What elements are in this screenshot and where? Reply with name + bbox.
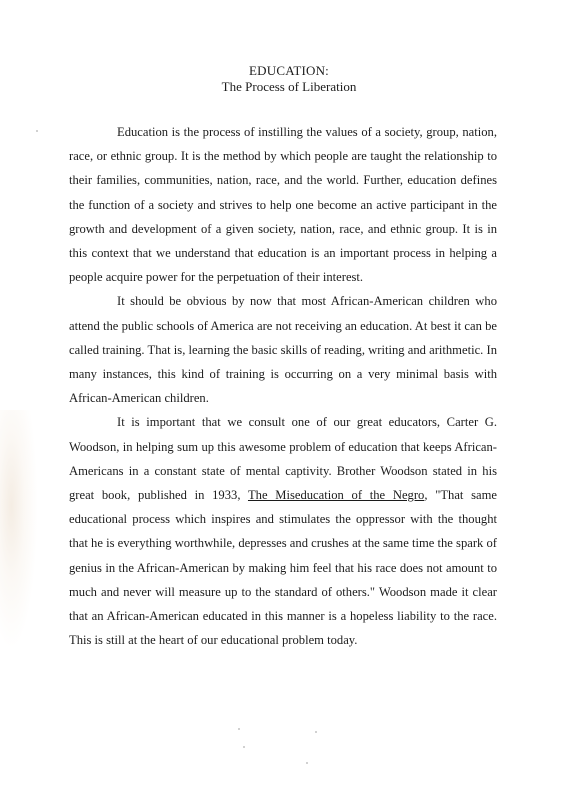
scan-speck (36, 130, 38, 132)
paragraph-1: Education is the process of instilling t… (69, 120, 497, 289)
paragraph-2: It should be obvious by now that most Af… (69, 289, 497, 410)
paragraph-3: It is important that we consult one of o… (69, 410, 497, 652)
document-body: Education is the process of instilling t… (69, 120, 497, 652)
title-subheading: The Process of Liberation (0, 79, 578, 95)
paragraph-text: , "That same educational process which i… (69, 488, 497, 647)
document-title: EDUCATION: The Process of Liberation (0, 63, 578, 95)
title-heading: EDUCATION: (0, 63, 578, 79)
scan-speck (306, 762, 308, 764)
scan-smudge (0, 410, 38, 650)
scan-speck (243, 746, 245, 748)
book-title: The Miseducation of the Negro (248, 488, 424, 502)
scanned-page: EDUCATION: The Process of Liberation Edu… (0, 0, 578, 801)
scan-speck (315, 731, 317, 733)
paragraph-text: It should be obvious by now that most Af… (69, 294, 497, 405)
paragraph-text: Education is the process of instilling t… (69, 125, 497, 284)
scan-speck (238, 728, 240, 730)
